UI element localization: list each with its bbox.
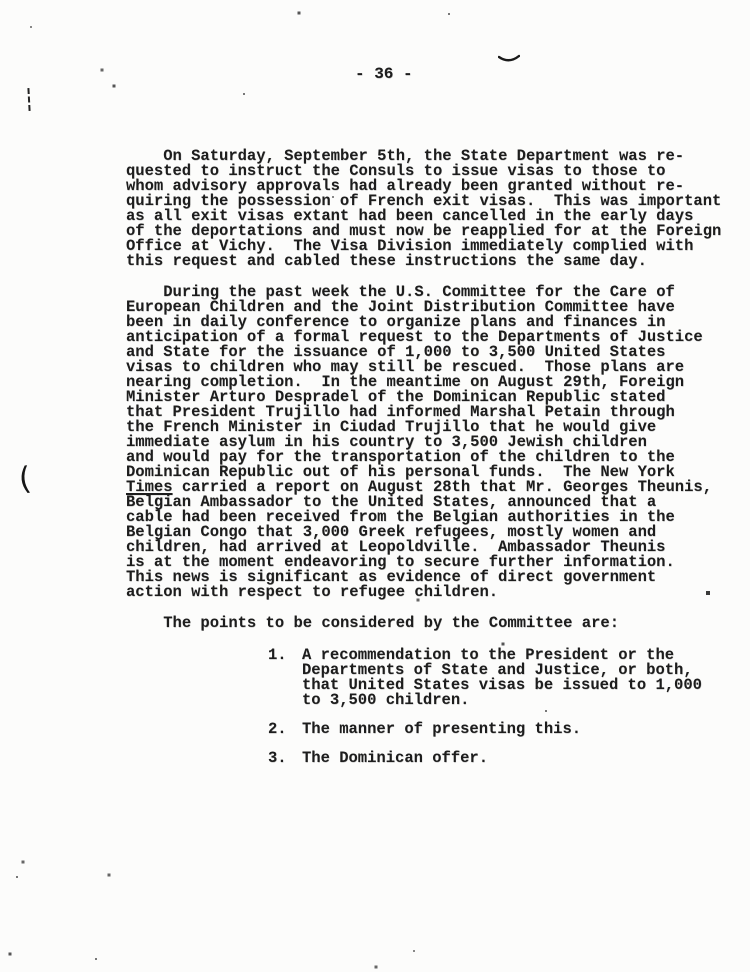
list-item-2-text: The manner of presenting this.	[302, 722, 581, 737]
document-page: - 36 - ( On Saturday, September 5th, the…	[0, 0, 750, 972]
list-item-3-text: The Dominican offer.	[302, 751, 488, 766]
paragraph-2-text-before: During the past week the U.S. Committee …	[126, 283, 703, 481]
paragraph-2: During the past week the U.S. Committee …	[126, 285, 742, 600]
list-item-1-text: A recommendation to the President or the…	[302, 648, 702, 708]
document-body: On Saturday, September 5th, the State De…	[126, 149, 742, 780]
pen-mark-parenthesis: (	[17, 463, 32, 495]
points-list: 1.A recommendation to the President or t…	[126, 648, 742, 766]
pen-mark-vertical	[27, 88, 30, 111]
list-item-1-number: 1.	[268, 648, 302, 708]
pen-stroke-icon	[498, 54, 520, 64]
paragraph-2-text-after: carried a report on August 28th that Mr.…	[126, 478, 712, 601]
list-item-2: 2.The manner of presenting this.	[268, 722, 742, 737]
paragraph-1: On Saturday, September 5th, the State De…	[126, 149, 742, 269]
list-item-3: 3.The Dominican offer.	[268, 751, 742, 766]
points-intro-line: The points to be considered by the Commi…	[126, 616, 742, 631]
list-item-1: 1.A recommendation to the President or t…	[268, 648, 742, 708]
list-item-2-number: 2.	[268, 722, 302, 737]
pen-check-mark	[498, 51, 520, 61]
scan-noise-specks	[0, 0, 2, 2]
page-number: - 36 -	[355, 66, 413, 82]
list-item-3-number: 3.	[268, 751, 302, 766]
